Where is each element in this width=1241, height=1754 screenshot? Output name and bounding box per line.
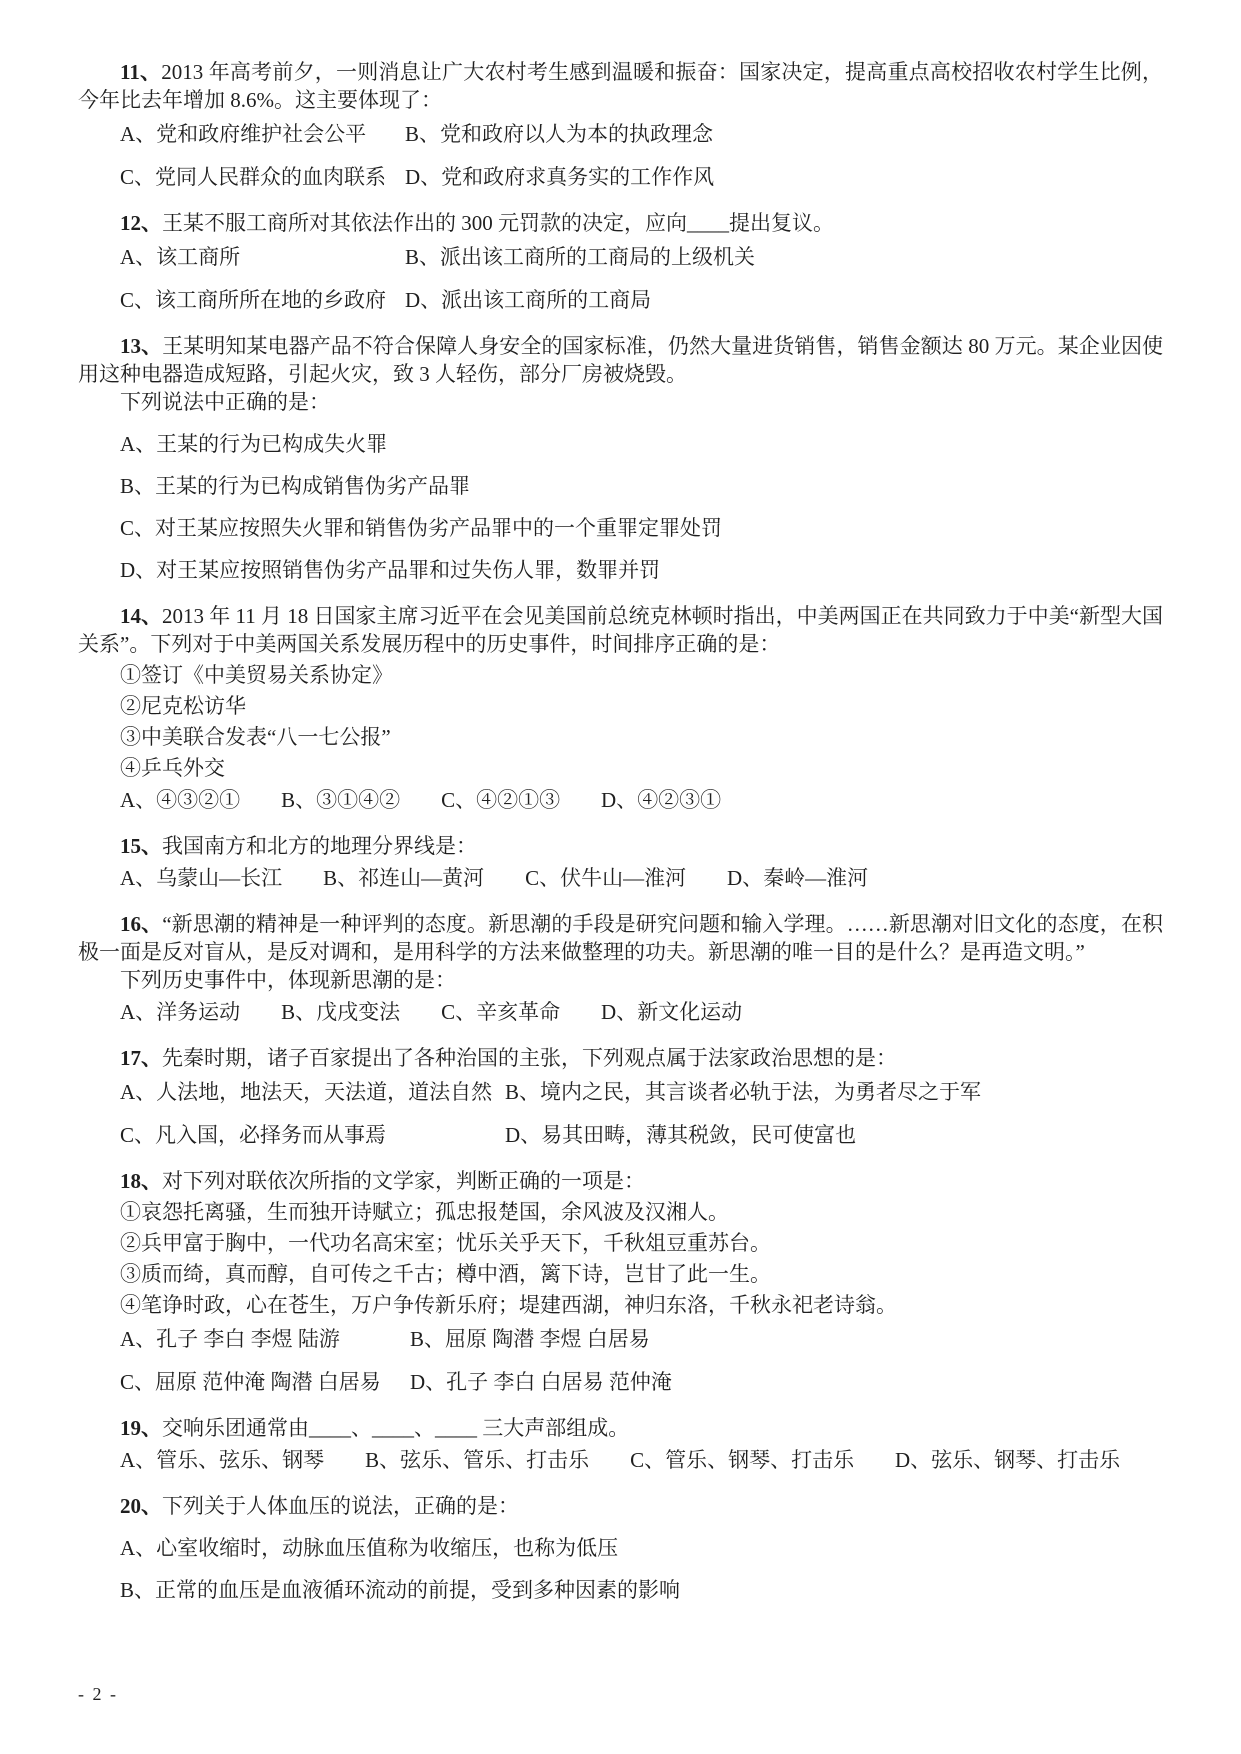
option-a: A、④③②① <box>120 788 240 812</box>
option-label: A、 <box>120 1327 156 1351</box>
option-label: B、 <box>505 1080 540 1104</box>
option-label: D、 <box>405 165 441 189</box>
question-number: 17、 <box>120 1046 162 1070</box>
option-text: 辛亥革命 <box>476 1000 560 1024</box>
option-a: A、心室收缩时，动脉血压值称为收缩压，也称为低压 <box>78 1534 1163 1562</box>
question-text: 2013 年高考前夕，一则消息让广大农村考生感到温暖和振奋：国家决定，提高重点高… <box>78 60 1163 112</box>
option-text: ④③②① <box>156 788 240 812</box>
option-label: D、 <box>505 1123 541 1147</box>
option-label: A、 <box>120 245 156 269</box>
option-b: B、戊戌变法 <box>281 1000 400 1024</box>
question-stem: 12、王某不服工商所对其依法作出的 300 元罚款的决定，应向____提出复议。 <box>78 209 1163 237</box>
option-text: 正常的血压是血液循环流动的前提，受到多种因素的影响 <box>155 1578 680 1602</box>
option-b: B、正常的血压是血液循环流动的前提，受到多种因素的影响 <box>78 1576 1163 1604</box>
option-label: B、 <box>323 866 358 890</box>
option-text: 该工商所 <box>156 245 240 269</box>
option-label: D、 <box>405 288 441 312</box>
option-a: A、管乐、弦乐、钢琴 <box>120 1448 324 1472</box>
option-d: D、秦岭—淮河 <box>727 866 868 890</box>
option-label: C、 <box>120 165 155 189</box>
option-a: A、乌蒙山—长江 <box>120 866 282 890</box>
option-label: D、 <box>895 1448 931 1472</box>
option-label: C、 <box>441 1000 476 1024</box>
option-label: B、 <box>405 122 440 146</box>
question-stem: 16、“新思潮的精神是一种评判的态度。新思潮的手段是研究问题和输入学理。……新思… <box>78 910 1163 966</box>
question-text: 先秦时期，诸子百家提出了各种治国的主张，下列观点属于法家政治思想的是： <box>162 1046 897 1070</box>
question-text: 2013 年 11 月 18 日国家主席习近平在会见美国前总统克林顿时指出，中美… <box>78 604 1163 656</box>
option-text: 党和政府维护社会公平 <box>156 122 366 146</box>
option-a: A、该工商所 <box>120 243 405 271</box>
option-a: A、洋务运动 <box>120 1000 240 1024</box>
options-grid: A、党和政府维护社会公平 B、党和政府以人为本的执政理念 C、党同人民群众的血肉… <box>120 120 1163 191</box>
option-label: B、 <box>405 245 440 269</box>
option-label: C、 <box>120 1123 155 1147</box>
question-15: 15、我国南方和北方的地理分界线是： A、乌蒙山—长江 B、祁连山—黄河 C、伏… <box>78 832 1163 892</box>
question-stem: 17、先秦时期，诸子百家提出了各种治国的主张，下列观点属于法家政治思想的是： <box>78 1044 1163 1072</box>
option-text: 戊戌变法 <box>316 1000 400 1024</box>
option-label: B、 <box>120 1578 155 1602</box>
option-label: D、 <box>727 866 763 890</box>
option-c: C、该工商所所在地的乡政府 <box>120 286 405 314</box>
option-label: D、 <box>410 1370 446 1394</box>
question-18: 18、对下列对联依次所指的文学家，判断正确的一项是： ①哀怨托离骚，生而独开诗赋… <box>78 1167 1163 1396</box>
item-2: ②尼克松访华 <box>78 692 1163 720</box>
question-20: 20、下列关于人体血压的说法，正确的是： A、心室收缩时，动脉血压值称为收缩压，… <box>78 1492 1163 1604</box>
question-number: 19、 <box>120 1416 162 1440</box>
question-stem: 19、交响乐团通常由____、____、____ 三大声部组成。 <box>78 1414 1163 1442</box>
question-text: 王某明知某电器产品不符合保障人身安全的国家标准，仍然大量进货销售，销售金额达 8… <box>78 334 1163 386</box>
option-a: A、人法地，地法天，天法道，道法自然 <box>120 1078 505 1106</box>
question-14: 14、2013 年 11 月 18 日国家主席习近平在会见美国前总统克林顿时指出… <box>78 602 1163 814</box>
option-b: B、境内之民，其言谈者必轨于法，为勇者尽之于军 <box>505 1078 981 1106</box>
option-label: A、 <box>120 788 156 812</box>
item-3: ③质而绮，真而醇，自可传之千古；樽中酒，篱下诗，岂甘了此一生。 <box>78 1260 1163 1288</box>
document-page: 11、2013 年高考前夕，一则消息让广大农村考生感到温暖和振奋：国家决定，提高… <box>0 0 1241 1754</box>
option-label: C、 <box>441 788 476 812</box>
option-b: B、祁连山—黄河 <box>323 866 484 890</box>
option-b: B、弦乐、管乐、打击乐 <box>365 1448 589 1472</box>
options-inline: A、管乐、弦乐、钢琴 B、弦乐、管乐、打击乐 C、管乐、钢琴、打击乐 D、弦乐、… <box>78 1446 1163 1474</box>
option-text: 对王某应按照销售伪劣产品罪和过失伤人罪，数罪并罚 <box>156 558 660 582</box>
option-text: 孔子 李白 白居易 范仲淹 <box>446 1370 672 1394</box>
item-4: ④笔诤时政，心在苍生，万户争传新乐府；堤建西湖，神归东洛，千秋永祀老诗翁。 <box>78 1291 1163 1319</box>
question-number: 11、 <box>120 60 161 84</box>
question-text: “新思潮的精神是一种评判的态度。新思潮的手段是研究问题和输入学理。……新思潮对旧… <box>78 912 1163 964</box>
option-text: 王某的行为已构成销售伪劣产品罪 <box>155 474 470 498</box>
option-text: ③①④② <box>316 788 400 812</box>
option-d: D、弦乐、钢琴、打击乐 <box>895 1448 1120 1472</box>
option-label: B、 <box>410 1327 445 1351</box>
question-stem: 13、王某明知某电器产品不符合保障人身安全的国家标准，仍然大量进货销售，销售金额… <box>78 332 1163 388</box>
option-d: D、④②③① <box>601 788 721 812</box>
question-items: ①签订《中美贸易关系协定》 ②尼克松访华 ③中美联合发表“八一七公报” ④乒乓外… <box>78 661 1163 782</box>
question-text: 我国南方和北方的地理分界线是： <box>162 834 477 858</box>
question-stem: 11、2013 年高考前夕，一则消息让广大农村考生感到温暖和振奋：国家决定，提高… <box>78 58 1163 114</box>
option-c: C、④②①③ <box>441 788 560 812</box>
option-text: 孔子 李白 李煜 陆游 <box>156 1327 340 1351</box>
question-stem: 18、对下列对联依次所指的文学家，判断正确的一项是： <box>78 1167 1163 1195</box>
question-number: 18、 <box>120 1169 162 1193</box>
question-text: 对下列对联依次所指的文学家，判断正确的一项是： <box>162 1169 645 1193</box>
question-items: ①哀怨托离骚，生而独开诗赋立；孤忠报楚国，余风波及汉湘人。 ②兵甲富于胸中，一代… <box>78 1198 1163 1319</box>
option-d: D、对王某应按照销售伪劣产品罪和过失伤人罪，数罪并罚 <box>78 556 1163 584</box>
question-13: 13、王某明知某电器产品不符合保障人身安全的国家标准，仍然大量进货销售，销售金额… <box>78 332 1163 584</box>
option-text: 派出该工商所的工商局 <box>441 288 651 312</box>
option-b: B、党和政府以人为本的执政理念 <box>405 120 714 148</box>
option-d: D、新文化运动 <box>601 1000 742 1024</box>
question-19: 19、交响乐团通常由____、____、____ 三大声部组成。 A、管乐、弦乐… <box>78 1414 1163 1474</box>
option-d: D、易其田畴，薄其税敛，民可使富也 <box>505 1121 981 1149</box>
question-number: 16、 <box>120 912 162 936</box>
option-b: B、屈原 陶潜 李煜 白居易 <box>410 1325 672 1353</box>
option-text: 易其田畴，薄其税敛，民可使富也 <box>541 1123 856 1147</box>
option-text: 祁连山—黄河 <box>358 866 484 890</box>
option-text: 党同人民群众的血肉联系 <box>155 165 386 189</box>
option-text: 乌蒙山—长江 <box>156 866 282 890</box>
question-stem: 15、我国南方和北方的地理分界线是： <box>78 832 1163 860</box>
option-label: D、 <box>120 558 156 582</box>
option-text: 新文化运动 <box>637 1000 742 1024</box>
question-text: 王某不服工商所对其依法作出的 300 元罚款的决定，应向____提出复议。 <box>162 211 834 235</box>
question-stem: 20、下列关于人体血压的说法，正确的是： <box>78 1492 1163 1520</box>
option-label: B、 <box>120 474 155 498</box>
option-label: C、 <box>120 516 155 540</box>
option-b: B、王某的行为已构成销售伪劣产品罪 <box>78 472 1163 500</box>
question-number: 15、 <box>120 834 162 858</box>
option-c: C、党同人民群众的血肉联系 <box>120 163 405 191</box>
option-label: B、 <box>365 1448 400 1472</box>
question-number: 12、 <box>120 211 162 235</box>
option-label: D、 <box>601 1000 637 1024</box>
option-a: A、王某的行为已构成失火罪 <box>78 430 1163 458</box>
option-b: B、派出该工商所的工商局的上级机关 <box>405 243 755 271</box>
item-3: ③中美联合发表“八一七公报” <box>78 723 1163 751</box>
option-text: 管乐、弦乐、钢琴 <box>156 1448 324 1472</box>
item-2: ②兵甲富于胸中，一代功名高宋室；忧乐关乎天下，千秋俎豆重苏台。 <box>78 1229 1163 1257</box>
option-text: 心室收缩时，动脉血压值称为收缩压，也称为低压 <box>156 1536 618 1560</box>
option-label: C、 <box>120 288 155 312</box>
option-d: D、孔子 李白 白居易 范仲淹 <box>410 1368 672 1396</box>
options-inline: A、洋务运动 B、戊戌变法 C、辛亥革命 D、新文化运动 <box>78 998 1163 1026</box>
option-text: 境内之民，其言谈者必轨于法，为勇者尽之于军 <box>540 1080 981 1104</box>
options-grid: A、孔子 李白 李煜 陆游 B、屈原 陶潜 李煜 白居易 C、屈原 范仲淹 陶潜… <box>120 1325 1163 1396</box>
option-label: A、 <box>120 432 156 456</box>
question-17: 17、先秦时期，诸子百家提出了各种治国的主张，下列观点属于法家政治思想的是： A… <box>78 1044 1163 1149</box>
option-d: D、党和政府求真务实的工作作风 <box>405 163 714 191</box>
options-list: A、心室收缩时，动脉血压值称为收缩压，也称为低压 B、正常的血压是血液循环流动的… <box>78 1534 1163 1604</box>
option-label: C、 <box>120 1370 155 1394</box>
option-text: 党和政府求真务实的工作作风 <box>441 165 714 189</box>
option-label: B、 <box>281 1000 316 1024</box>
option-label: A、 <box>120 1000 156 1024</box>
options-inline: A、④③②① B、③①④② C、④②①③ D、④②③① <box>78 786 1163 814</box>
option-text: 弦乐、管乐、打击乐 <box>400 1448 589 1472</box>
option-label: A、 <box>120 1080 156 1104</box>
question-text: 交响乐团通常由____、____、____ 三大声部组成。 <box>162 1416 629 1440</box>
option-text: 党和政府以人为本的执政理念 <box>440 122 713 146</box>
option-text: 人法地，地法天，天法道，道法自然 <box>156 1080 492 1104</box>
item-1: ①哀怨托离骚，生而独开诗赋立；孤忠报楚国，余风波及汉湘人。 <box>78 1198 1163 1226</box>
option-c: C、屈原 范仲淹 陶潜 白居易 <box>120 1368 410 1396</box>
item-1: ①签订《中美贸易关系协定》 <box>78 661 1163 689</box>
question-sub-stem: 下列说法中正确的是： <box>78 388 1163 416</box>
option-label: C、 <box>630 1448 665 1472</box>
option-label: D、 <box>601 788 637 812</box>
question-stem: 14、2013 年 11 月 18 日国家主席习近平在会见美国前总统克林顿时指出… <box>78 602 1163 658</box>
option-text: 王某的行为已构成失火罪 <box>156 432 387 456</box>
option-text: 该工商所所在地的乡政府 <box>155 288 386 312</box>
question-number: 13、 <box>120 334 162 358</box>
option-d: D、派出该工商所的工商局 <box>405 286 755 314</box>
option-text: 对王某应按照失火罪和销售伪劣产品罪中的一个重罪定罪处罚 <box>155 516 722 540</box>
page-number: - 2 - <box>78 1680 118 1708</box>
option-c: C、对王某应按照失火罪和销售伪劣产品罪中的一个重罪定罪处罚 <box>78 514 1163 542</box>
question-text: 下列关于人体血压的说法，正确的是： <box>162 1494 519 1518</box>
options-list: A、王某的行为已构成失火罪 B、王某的行为已构成销售伪劣产品罪 C、对王某应按照… <box>78 430 1163 584</box>
question-number: 20、 <box>120 1494 162 1518</box>
question-11: 11、2013 年高考前夕，一则消息让广大农村考生感到温暖和振奋：国家决定，提高… <box>78 58 1163 191</box>
option-text: 伏牛山—淮河 <box>560 866 686 890</box>
option-label: C、 <box>525 866 560 890</box>
options-grid: A、人法地，地法天，天法道，道法自然 B、境内之民，其言谈者必轨于法，为勇者尽之… <box>120 1078 1163 1149</box>
option-text: 弦乐、钢琴、打击乐 <box>931 1448 1120 1472</box>
option-text: 秦岭—淮河 <box>763 866 868 890</box>
option-text: 屈原 陶潜 李煜 白居易 <box>445 1327 650 1351</box>
question-number: 14、 <box>120 604 162 628</box>
question-12: 12、王某不服工商所对其依法作出的 300 元罚款的决定，应向____提出复议。… <box>78 209 1163 314</box>
option-label: A、 <box>120 1448 156 1472</box>
option-label: A、 <box>120 1536 156 1560</box>
option-a: A、党和政府维护社会公平 <box>120 120 405 148</box>
option-c: C、伏牛山—淮河 <box>525 866 686 890</box>
option-label: A、 <box>120 122 156 146</box>
option-text: ④②③① <box>637 788 721 812</box>
option-text: 洋务运动 <box>156 1000 240 1024</box>
question-sub-stem: 下列历史事件中，体现新思潮的是： <box>78 966 1163 994</box>
option-c: C、凡入国，必择务而从事焉 <box>120 1121 505 1149</box>
option-c: C、辛亥革命 <box>441 1000 560 1024</box>
option-c: C、管乐、钢琴、打击乐 <box>630 1448 854 1472</box>
item-4: ④乒乓外交 <box>78 754 1163 782</box>
options-inline: A、乌蒙山—长江 B、祁连山—黄河 C、伏牛山—淮河 D、秦岭—淮河 <box>78 864 1163 892</box>
option-text: ④②①③ <box>476 788 560 812</box>
option-text: 凡入国，必择务而从事焉 <box>155 1123 386 1147</box>
option-b: B、③①④② <box>281 788 400 812</box>
question-16: 16、“新思潮的精神是一种评判的态度。新思潮的手段是研究问题和输入学理。……新思… <box>78 910 1163 1026</box>
options-grid: A、该工商所 B、派出该工商所的工商局的上级机关 C、该工商所所在地的乡政府 D… <box>120 243 1163 314</box>
option-text: 管乐、钢琴、打击乐 <box>665 1448 854 1472</box>
option-a: A、孔子 李白 李煜 陆游 <box>120 1325 410 1353</box>
option-text: 屈原 范仲淹 陶潜 白居易 <box>155 1370 381 1394</box>
option-text: 派出该工商所的工商局的上级机关 <box>440 245 755 269</box>
option-label: A、 <box>120 866 156 890</box>
option-label: B、 <box>281 788 316 812</box>
